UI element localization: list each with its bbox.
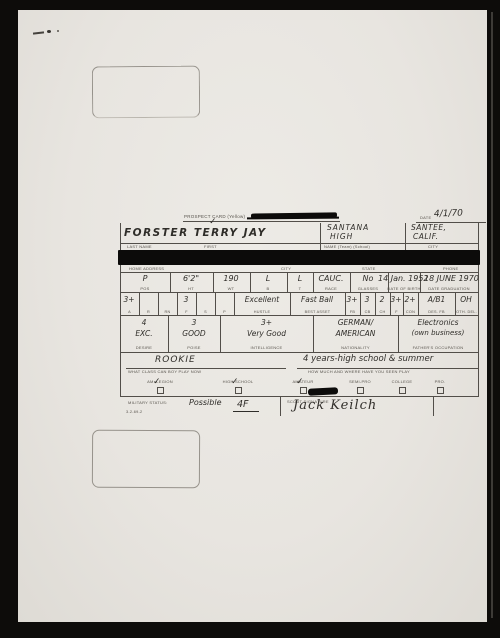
grid-line (120, 352, 478, 353)
f-label: F (390, 310, 403, 315)
poise-label: POISE (168, 346, 220, 351)
hustle-value: Excellent (232, 296, 292, 304)
nationality-label: NATIONALITY (313, 346, 398, 351)
best-asset-value: Fast Ball (287, 296, 347, 304)
poise-value-grade: 3 (168, 319, 220, 327)
fastball-desc-label: DES. FB (418, 310, 455, 315)
skill-a-label: A (120, 310, 139, 315)
date-value: 4/1/70 (434, 209, 463, 219)
pro-label: PRO. (410, 380, 470, 385)
delivery-label: OTH. DEL. (455, 310, 478, 315)
intelligence-value-grade: 3+ (220, 319, 313, 327)
grid-line (120, 272, 478, 273)
am-legion-checkbox[interactable] (157, 387, 164, 394)
high-school-checkbox[interactable] (235, 387, 242, 394)
seen-play-label: HOW MUCH AND WHERE HAVE YOU SEEN PLAY (308, 370, 410, 375)
college-checkbox[interactable] (399, 387, 406, 394)
smudge-mark (47, 30, 51, 33)
grid-line (320, 223, 321, 250)
nationality-value-line2: AMERICAN (313, 330, 398, 338)
desire-label: DESIRE (120, 346, 168, 351)
fastball-desc-value: A/B1 (418, 296, 455, 304)
nationality-value-line1: GERMAN/ (313, 319, 398, 327)
class-now-value: ROOKIE (155, 356, 196, 365)
pencil-outline-bottom (92, 430, 200, 489)
high-school-check: ✓ (231, 378, 239, 387)
smudge-mark (57, 30, 59, 32)
graduation-date-value: 18 JUNE 1970 (424, 275, 474, 283)
seen-play-value: 4 years-high school & summer (303, 355, 433, 364)
poise-value-word: GOOD (168, 330, 220, 338)
father-occupation-line2: (own business) (398, 330, 478, 337)
father-occupation-line1: Electronics (398, 319, 478, 327)
skill-f-label: F (177, 310, 196, 315)
hustle-label: HUSTLE (234, 310, 290, 315)
check-mark: ✓ (209, 218, 217, 227)
skill-rn-label: RN (158, 310, 177, 315)
scout-signature: Jack Keilch (293, 398, 377, 413)
military-status-value: Possible (189, 399, 222, 407)
control-label: CON (403, 310, 418, 315)
birth-date-value: 14 Jan. 1952 (378, 275, 428, 283)
desire-value-grade: 4 (120, 319, 168, 327)
military-class-value: 4F (237, 400, 249, 410)
grid-line (120, 292, 478, 293)
pencil-outline-top (92, 66, 200, 119)
grid-line (120, 315, 478, 316)
school-name-line1: SANTANA (327, 224, 369, 232)
intelligence-label: INTELLIGENCE (220, 346, 313, 351)
class-now-label: WHAT CLASS CAN BOY PLAY NOW (128, 370, 201, 375)
military-status-label: MILITARY STATUS: (128, 401, 167, 406)
military-class-underline (233, 411, 259, 412)
curveball-label: CB (360, 310, 375, 315)
form-code: 3-2-69-2 (126, 410, 142, 415)
amateur-checkbox[interactable] (300, 387, 307, 394)
semi-pro-checkbox[interactable] (357, 387, 364, 394)
paper-right-edge (491, 12, 493, 618)
scanned-page: PROSPECT CARD (Yellow) DATE 4/1/70 FORST… (0, 0, 500, 638)
position-value: P (120, 275, 170, 283)
player-name: FORSTER TERRY JAY (124, 228, 267, 239)
skill-a-value: 3+ (114, 296, 144, 304)
father-occupation-label: FATHER'S OCCUPATION (398, 346, 478, 351)
date-label: DATE (420, 216, 431, 221)
control-grade: 2+ (400, 296, 420, 304)
school-city-line2: CALIF. (413, 233, 439, 241)
fastball-label: FB (345, 310, 360, 315)
amateur-check: ✓ (296, 378, 304, 387)
pro-checkbox[interactable] (437, 387, 444, 394)
skill-p-label: P (215, 310, 234, 315)
grid-line (120, 396, 478, 397)
best-asset-label: BEST ASSET (290, 310, 345, 315)
grid-line (405, 223, 406, 250)
change-label: CH (375, 310, 390, 315)
desire-value-word: EXC. (120, 330, 168, 338)
grid-line (120, 243, 478, 244)
school-name-line2: HIGH (330, 233, 353, 241)
grid-line (280, 397, 281, 416)
school-city-line1: SANTEE, (411, 224, 446, 232)
skill-r-label: R (139, 310, 158, 315)
paper-sheet (18, 10, 487, 622)
redaction-bar (118, 250, 480, 265)
skill-s-label: S (196, 310, 215, 315)
skill-f-value: 3 (171, 296, 201, 304)
intelligence-value-word: Very Good (220, 330, 313, 338)
am-legion-check: ✓ (153, 378, 161, 387)
delivery-value: OH (451, 296, 481, 304)
header-underline (183, 221, 340, 222)
grid-line (433, 397, 434, 416)
